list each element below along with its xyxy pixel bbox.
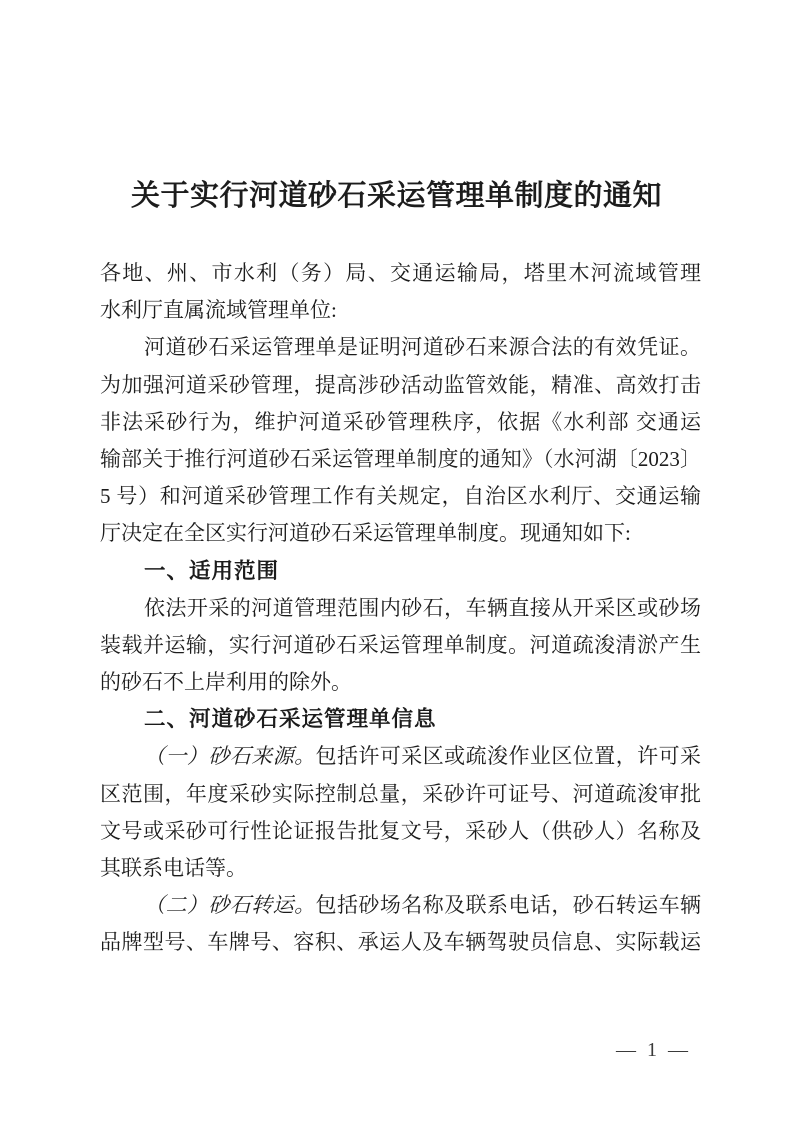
text-run: 品牌型号、车牌号、容积、承运人及车辆驾驶员信息、实际载运 (100, 930, 701, 954)
text-run: 包括许可采区或疏浚作业区位置，许可采 (316, 744, 701, 768)
text-run: 装载并运输，实行河道砂石采运管理单制度。河道疏浚清淤产生 (100, 633, 701, 657)
text-run: 二、河道砂石采运管理单信息 (144, 707, 437, 731)
text-line: 为加强河道采砂管理，提高涉砂活动监管效能，精准、高效打击 (100, 367, 701, 404)
text-run: 包括砂场名称及联系电话，砂石转运车辆 (316, 893, 701, 917)
kaiti-run: （一）砂石来源。 (144, 744, 316, 768)
text-run: 为加强河道采砂管理，提高涉砂活动监管效能，精准、高效打击 (100, 373, 701, 397)
text-line: 水利厅直属流域管理单位: (100, 292, 701, 329)
text-line: 非法采砂行为，维护河道采砂管理秩序，依据《水利部 交通运 (100, 404, 701, 441)
notice-page: 关于实行河道砂石采运管理单制度的通知 各地、州、市水利（务）局、交通运输局，塔里… (0, 0, 793, 1122)
section-heading: 二、河道砂石采运管理单信息 (100, 701, 701, 738)
text-run: 区范围，年度采砂实际控制总量，采砂许可证号、河道疏浚审批 (100, 782, 701, 806)
text-run: 非法采砂行为，维护河道采砂管理秩序，依据《水利部 交通运 (100, 410, 701, 434)
text-line: 厅决定在全区实行河道砂石采运管理单制度。现通知如下: (100, 515, 701, 552)
text-run: 的砂石不上岸利用的除外。 (100, 670, 352, 694)
kaiti-run: （二）砂石转运。 (144, 893, 316, 917)
text-run: 河道砂石采运管理单是证明河道砂石来源合法的有效凭证。 (144, 335, 701, 359)
text-line: （一）砂石来源。包括许可采区或疏浚作业区位置，许可采 (100, 738, 701, 775)
document-body: 各地、州、市水利（务）局、交通运输局，塔里木河流域管理局，水利厅直属流域管理单位… (100, 255, 701, 962)
text-line: 各地、州、市水利（务）局、交通运输局，塔里木河流域管理局， (100, 255, 701, 292)
text-line: 5 号）和河道采砂管理工作有关规定，自治区水利厅、交通运输 (100, 478, 701, 515)
text-run: 输部关于推行河道砂石采运管理单制度的通知》（水河湖〔2023〕 (100, 447, 701, 471)
text-run: 5 号）和河道采砂管理工作有关规定，自治区水利厅、交通运输 (100, 484, 701, 508)
text-line: 其联系电话等。 (100, 850, 701, 887)
page-number: — 1 — (616, 1038, 691, 1062)
section-heading: 一、适用范围 (100, 553, 701, 590)
text-line: 输部关于推行河道砂石采运管理单制度的通知》（水河湖〔2023〕 (100, 441, 701, 478)
text-line: 装载并运输，实行河道砂石采运管理单制度。河道疏浚清淤产生 (100, 627, 701, 664)
text-run: 其联系电话等。 (100, 856, 247, 880)
document-title: 关于实行河道砂石采运管理单制度的通知 (0, 176, 793, 216)
text-run: 文号或采砂可行性论证报告批复文号，采砂人（供砂人）名称及 (100, 819, 701, 843)
text-line: 依法开采的河道管理范围内砂石，车辆直接从开采区或砂场 (100, 590, 701, 627)
text-run: 各地、州、市水利（务）局、交通运输局，塔里木河流域管理局， (100, 261, 701, 292)
text-line: （二）砂石转运。包括砂场名称及联系电话，砂石转运车辆 (100, 887, 701, 924)
text-run: 水利厅直属流域管理单位: (100, 298, 337, 322)
text-line: 的砂石不上岸利用的除外。 (100, 664, 701, 701)
text-line: 区范围，年度采砂实际控制总量，采砂许可证号、河道疏浚审批 (100, 776, 701, 813)
text-line: 文号或采砂可行性论证报告批复文号，采砂人（供砂人）名称及 (100, 813, 701, 850)
text-run: 厅决定在全区实行河道砂石采运管理单制度。现通知如下: (100, 521, 631, 545)
text-line: 河道砂石采运管理单是证明河道砂石来源合法的有效凭证。 (100, 329, 701, 366)
text-run: 一、适用范围 (144, 559, 279, 583)
text-line: 品牌型号、车牌号、容积、承运人及车辆驾驶员信息、实际载运 (100, 924, 701, 961)
text-run: 依法开采的河道管理范围内砂石，车辆直接从开采区或砂场 (144, 596, 701, 620)
